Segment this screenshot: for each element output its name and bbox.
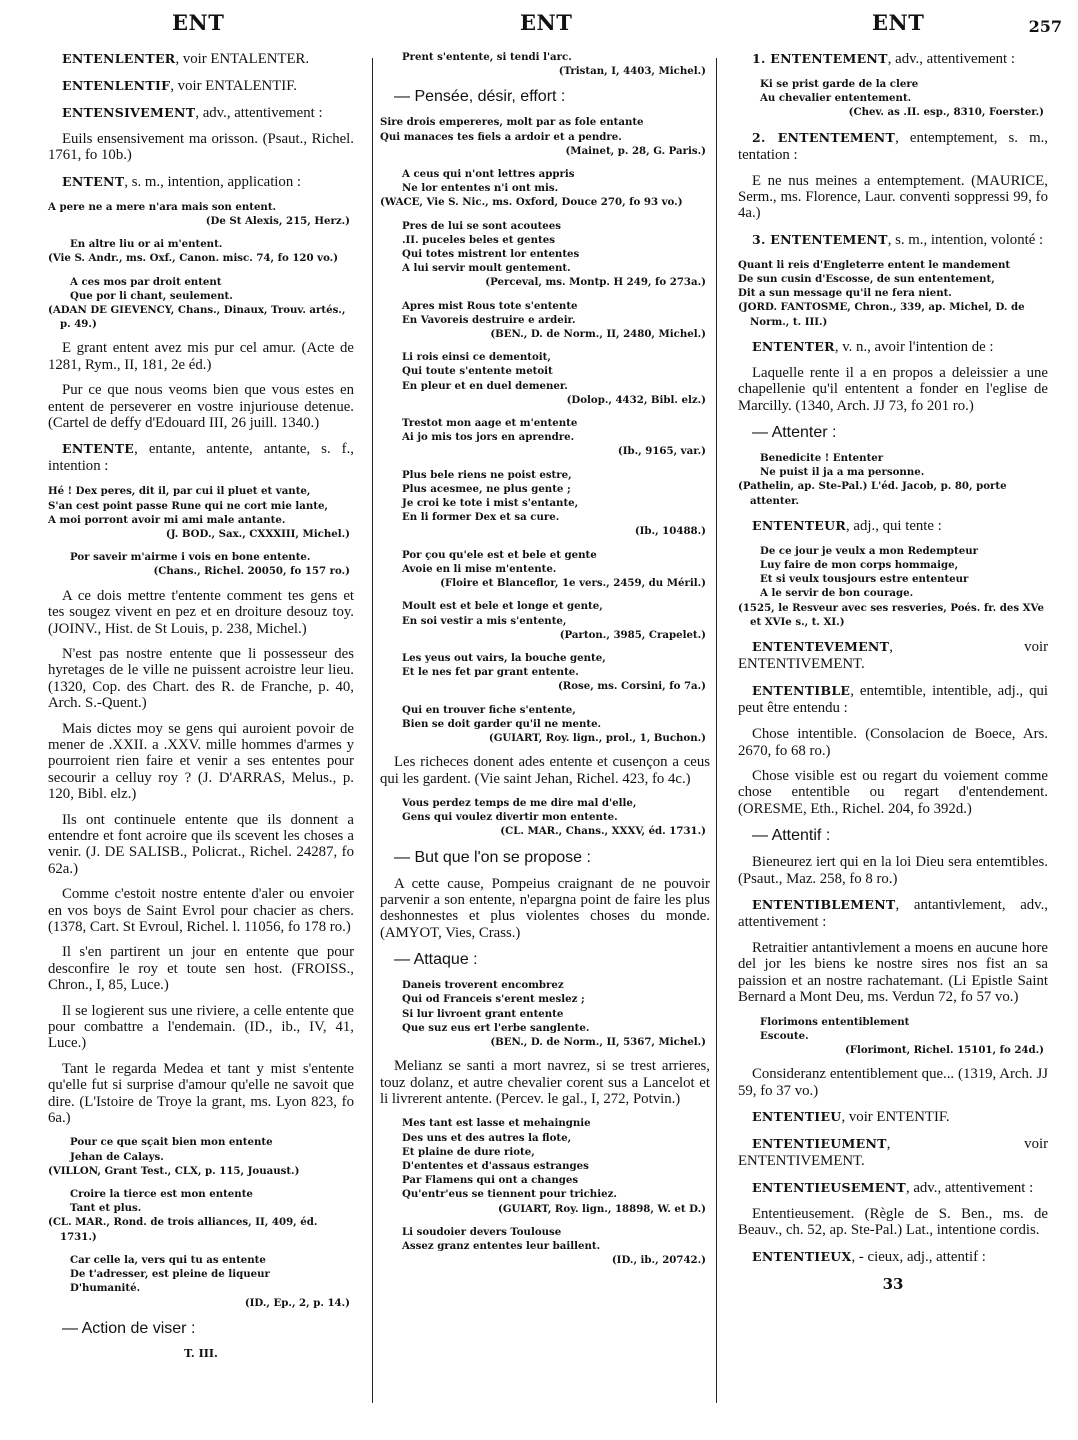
verse-line: Car celle la, vers qui tu as entente xyxy=(70,1253,354,1267)
entry-headword: ENTENTER, v. n., avoir l'intention de : xyxy=(738,338,1048,356)
prose-citation: Consideranz ententiblement que... (1319,… xyxy=(738,1066,1048,1099)
headword: ENTENLENTIF xyxy=(62,78,170,93)
source-reference: (Mainet, p. 28, G. Paris.) xyxy=(380,144,710,158)
source-reference: (ADAN DE GIEVENCY, Chans., Dinaux, Trouv… xyxy=(48,303,354,331)
source-reference: (Dolop., 4432, Bibl. elz.) xyxy=(380,393,710,407)
prose-citation: Chose intentible. (Consolacion de Boece,… xyxy=(738,726,1048,759)
verse-line: Trestot mon aage et m'entente xyxy=(402,416,710,430)
verse-line: De sun cusin d'Escosse, de sun ententeme… xyxy=(738,272,1048,286)
headword: 2. ENTENTEMENT xyxy=(752,130,895,145)
running-head-center: ENT xyxy=(520,10,572,35)
verse-line: Escoute. xyxy=(760,1029,1048,1043)
verse-line: A moi porront avoir mi ami male antante. xyxy=(48,513,354,527)
headword: ENTENTE xyxy=(62,441,134,456)
verse-line: Que por li chant, seulement. xyxy=(70,289,354,303)
verse-line: Moult est et bele et longe et gente, xyxy=(402,599,710,613)
verse-quotation: Apres mist Rous tote s'ententeEn Vavorei… xyxy=(380,299,710,327)
verse-quotation: Les yeus out vairs, la bouche gente,Et l… xyxy=(380,651,710,679)
source-reference: (CL. MAR., Chans., XXXV, éd. 1731.) xyxy=(380,824,710,838)
verse-line: Qui totes mistrent lor ententes xyxy=(402,247,710,261)
verse-line: Daneis troverent encombrez xyxy=(402,978,710,992)
prose-citation: Ils ont continuele entente que ils donne… xyxy=(48,812,354,878)
verse-line: Et le nes fet par grant entente. xyxy=(402,665,710,679)
entry-headword: ENTENLENTER, voir ENTALENTER. xyxy=(48,50,354,68)
headword: ENTENTIEUMENT xyxy=(752,1136,887,1151)
source-reference: (Ib., 9165, var.) xyxy=(380,444,710,458)
verse-quotation: Li soudoier devers ToulouseAssez granz e… xyxy=(380,1225,710,1253)
verse-line: Plus acesmee, ne plus gente ; xyxy=(402,482,710,496)
verse-line: Qui en trouver fiche s'entente, xyxy=(402,703,710,717)
verse-line: S'an cest point passe Rune qui ne cort m… xyxy=(48,499,354,513)
verse-quotation: Pour ce que sçait bien mon ententeJehan … xyxy=(48,1135,354,1163)
verse-line: Li rois einsi ce dementoit, xyxy=(402,350,710,364)
verse-quotation: En altre liu or ai m'entent. xyxy=(48,237,354,251)
verse-quotation: Croire la tierce est mon ententeTant et … xyxy=(48,1187,354,1215)
verse-line: Que suz eus ert l'erbe sanglente. xyxy=(402,1021,710,1035)
headword: ENTENTIEUX xyxy=(752,1249,851,1264)
verse-quotation: Por saveir m'airme i vois en bone entent… xyxy=(48,550,354,564)
verse-line: Assez granz ententes leur baillent. xyxy=(402,1239,710,1253)
verse-line: Jehan de Calays. xyxy=(70,1150,354,1164)
verse-line: Quant li reis d'Engleterre entent le man… xyxy=(738,258,1048,272)
verse-line: .II. puceles beles et gentes xyxy=(402,233,710,247)
verse-quotation: Moult est et bele et longe et gente,En s… xyxy=(380,599,710,627)
entry-headword: 3. ENTENTEMENT, s. m., intention, volont… xyxy=(738,231,1048,249)
prose-citation: Retraitier antantivlement a moens en auc… xyxy=(738,940,1048,1006)
verse-line: Plus bele riens ne poist estre, xyxy=(402,468,710,482)
verse-line: En Vavoreis destruire e ardeir. xyxy=(402,313,710,327)
verse-line: Florimons ententiblement xyxy=(760,1015,1048,1029)
source-reference: (VILLON, Grant Test., CLX, p. 115, Jouau… xyxy=(48,1164,354,1178)
entry-headword: ENTENTEVEMENT, voir ENTENTIVEMENT. xyxy=(738,638,1048,673)
prose-citation: Les richeces donent ades entente et cuse… xyxy=(380,754,710,787)
sense-subheading: — But que l'on se propose : xyxy=(380,848,710,867)
entry-headword: ENTENTIBLEMENT, antantivlement, adv., at… xyxy=(738,896,1048,931)
source-reference: (1525, le Resveur avec ses resveries, Po… xyxy=(738,601,1048,629)
verse-line: A ces mos par droit entent xyxy=(70,275,354,289)
prose-citation: Bieneurez iert qui en la loi Dieu sera e… xyxy=(738,854,1048,887)
prose-citation: Euils ensensivement ma orisson. (Psaut.,… xyxy=(48,131,354,164)
column-divider xyxy=(372,58,373,1403)
page-number: 257 xyxy=(1029,17,1062,36)
sense-subheading: — Pensée, désir, effort : xyxy=(380,87,710,106)
source-reference: (Perceval, ms. Montp. H 249, fo 273a.) xyxy=(380,275,710,289)
prose-citation: Il s'en partirent un jour en entente que… xyxy=(48,944,354,993)
prose-citation: Tant le regarda Medea et tant y mist s'e… xyxy=(48,1061,354,1127)
verse-line: Au chevalier ententement. xyxy=(760,91,1048,105)
verse-quotation: Vous perdez temps de me dire mal d'elle,… xyxy=(380,796,710,824)
verse-line: Pour ce que sçait bien mon entente xyxy=(70,1135,354,1149)
verse-line: Qui od Franceis s'erent meslez ; xyxy=(402,992,710,1006)
verse-line: Pres de lui se sont acoutees xyxy=(402,219,710,233)
verse-line: En pleur et en duel demener. xyxy=(402,379,710,393)
sense-subheading: — Attaque : xyxy=(380,950,710,969)
source-reference: (WACE, Vie S. Nic., ms. Oxford, Douce 27… xyxy=(380,195,710,209)
source-reference: (BEN., D. de Norm., II, 2480, Michel.) xyxy=(380,327,710,341)
verse-line: Tant et plus. xyxy=(70,1201,354,1215)
entry-headword: ENTENTE, entante, antente, antante, s. f… xyxy=(48,440,354,475)
verse-quotation: Car celle la, vers qui tu as ententeDe t… xyxy=(48,1253,354,1296)
headword: 3. ENTENTEMENT xyxy=(752,232,888,247)
entry-headword: ENTENTIBLE, entemtible, intentible, adj.… xyxy=(738,682,1048,717)
prose-citation: Ententieusement. (Règle de S. Ben., ms. … xyxy=(738,1206,1048,1239)
headword: ENTENTIBLE xyxy=(752,683,850,698)
sense-subheading: — Action de viser : xyxy=(48,1319,354,1338)
source-reference: (Vie S. Andr., ms. Oxf., Canon. misc. 74… xyxy=(48,251,354,265)
verse-quotation: Por çou qu'ele est et bele et genteAvoie… xyxy=(380,548,710,576)
verse-line: Qu'entr'eus se tiennent pour trichiez. xyxy=(402,1187,710,1201)
source-reference: (Pathelin, ap. Ste-Pal.) L'éd. Jacob, p.… xyxy=(738,479,1048,507)
prose-citation: Il se logierent sus une riviere, a celle… xyxy=(48,1003,354,1052)
sense-subheading: — Attentif : xyxy=(738,826,1048,845)
entry-headword: ENTENLENTIF, voir ENTALENTIF. xyxy=(48,77,354,95)
entry-headword: ENTENTIEU, voir ENTENTIF. xyxy=(738,1108,1048,1126)
verse-line: Ai jo mis tos jors en aprendre. xyxy=(402,430,710,444)
verse-line: A le servir de bon courage. xyxy=(760,586,1048,600)
verse-line: Por çou qu'ele est et bele et gente xyxy=(402,548,710,562)
column-2: Prent s'entente, si tendi l'arc.(Tristan… xyxy=(380,50,710,1276)
prose-citation: Pur ce que nous veoms bien que vous este… xyxy=(48,382,354,431)
headword: ENTENTIEUSEMENT xyxy=(752,1180,906,1195)
source-reference: (Rose, ms. Corsini, fo 7a.) xyxy=(380,679,710,693)
verse-line: Hé ! Dex peres, dit il, par cui il pluet… xyxy=(48,484,354,498)
verse-line: En li former Dex et sa cure. xyxy=(402,510,710,524)
prose-citation: Mais dictes moy se gens qui auroient pov… xyxy=(48,721,354,803)
verse-quotation: Daneis troverent encombrezQui od Francei… xyxy=(380,978,710,1035)
entry-headword: ENTENTIEUSEMENT, adv., attentivement : xyxy=(738,1179,1048,1197)
source-reference: (BEN., D. de Norm., II, 5367, Michel.) xyxy=(380,1035,710,1049)
verse-line: Ki se prist garde de la clere xyxy=(760,77,1048,91)
verse-quotation: A ceus qui n'ont lettres apprisNe lor en… xyxy=(380,167,710,195)
source-reference: (ID., Ep., 2, p. 14.) xyxy=(48,1296,354,1310)
verse-quotation: A ces mos par droit ententQue por li cha… xyxy=(48,275,354,303)
verse-quotation: Ki se prist garde de la clereAu chevalie… xyxy=(738,77,1048,105)
source-reference: (GUIART, Roy. lign., prol., 1, Buchon.) xyxy=(380,731,710,745)
prose-citation: E ne nus meines a entemptement. (MAURICE… xyxy=(738,173,1048,222)
verse-line: Bien se doit garder qu'il ne mente. xyxy=(402,717,710,731)
verse-quotation: Sire drois empereres, molt par as fole e… xyxy=(380,115,710,143)
verse-quotation: Mes tant est lasse et mehaingnieDes uns … xyxy=(380,1116,710,1201)
headword: ENTENSIVEMENT xyxy=(62,105,195,120)
verse-quotation: Trestot mon aage et m'ententeAi jo mis t… xyxy=(380,416,710,444)
verse-line: Vous perdez temps de me dire mal d'elle, xyxy=(402,796,710,810)
verse-line: D'ententes et d'assaus estranges xyxy=(402,1159,710,1173)
source-reference: (CL. MAR., Rond. de trois alliances, II,… xyxy=(48,1215,354,1243)
column-3: 1. ENTENTEMENT, adv., attentivement :Ki … xyxy=(738,50,1048,1293)
prose-citation: A ce dois mettre t'entente comment tes g… xyxy=(48,588,354,637)
verse-quotation: Florimons ententiblementEscoute. xyxy=(738,1015,1048,1043)
prose-citation: Chose visible est ou regart du voiement … xyxy=(738,768,1048,817)
headword: ENTENTEUR xyxy=(752,518,846,533)
verse-line: Et si veulx tousjours estre ententeur xyxy=(760,572,1048,586)
source-reference: (Parton., 3985, Crapelet.) xyxy=(380,628,710,642)
verse-line: Qui toute s'entente metoit xyxy=(402,364,710,378)
verse-line: D'humanité. xyxy=(70,1281,354,1295)
verse-line: Et plaine de dure riote, xyxy=(402,1145,710,1159)
source-reference: (ID., ib., 20742.) xyxy=(380,1253,710,1267)
verse-line: Si lur livroent grant entente xyxy=(402,1007,710,1021)
verse-line: A ceus qui n'ont lettres appris xyxy=(402,167,710,181)
verse-line: Li soudoier devers Toulouse xyxy=(402,1225,710,1239)
source-reference: (Tristan, I, 4403, Michel.) xyxy=(380,64,710,78)
verse-line: En altre liu or ai m'entent. xyxy=(70,237,354,251)
verse-line: Benedicite ! Ententer xyxy=(760,451,1048,465)
verse-quotation: Qui en trouver fiche s'entente,Bien se d… xyxy=(380,703,710,731)
verse-line: Des uns et des autres la flote, xyxy=(402,1131,710,1145)
verse-line: En soi vestir a mis s'entente, xyxy=(402,614,710,628)
verse-line: Prent s'entente, si tendi l'arc. xyxy=(402,50,710,64)
source-reference: (JORD. FANTOSME, Chron., 339, ap. Michel… xyxy=(738,300,1048,328)
source-reference: (GUIART, Roy. lign., 18898, W. et D.) xyxy=(380,1202,710,1216)
source-reference: (J. BOD., Sax., CXXXIII, Michel.) xyxy=(48,527,354,541)
source-reference: (Florimont, Richel. 15101, fo 24d.) xyxy=(738,1043,1048,1057)
verse-line: Luy faire de mon corps hommaige, xyxy=(760,558,1048,572)
verse-line: Qui manaces tes fiels a ardoir et a pend… xyxy=(380,130,710,144)
volume-marker: T. III. xyxy=(48,1347,354,1360)
prose-citation: Comme c'estoit nostre entente d'aler ou … xyxy=(48,886,354,935)
running-head-right: ENT xyxy=(872,10,924,35)
verse-line: Ne puist il ja a ma personne. xyxy=(760,465,1048,479)
sense-subheading: — Attenter : xyxy=(738,423,1048,442)
verse-line: Sire drois empereres, molt par as fole e… xyxy=(380,115,710,129)
entry-headword: ENTENTEUR, adj., qui tente : xyxy=(738,517,1048,535)
verse-line: Por saveir m'airme i vois en bone entent… xyxy=(70,550,354,564)
column-divider xyxy=(716,58,717,1403)
headword: ENTENTER xyxy=(752,339,835,354)
verse-quotation: Benedicite ! EntenterNe puist il ja a ma… xyxy=(738,451,1048,479)
prose-citation: Melianz se santi a mort navrez, si se tr… xyxy=(380,1058,710,1107)
verse-line: Avoie en li mise m'entente. xyxy=(402,562,710,576)
verse-line: Mes tant est lasse et mehaingnie xyxy=(402,1116,710,1130)
source-reference: (De St Alexis, 215, Herz.) xyxy=(48,214,354,228)
signature-number: 33 xyxy=(738,1275,1048,1293)
entry-headword: ENTENTIEUMENT, voir ENTENTIVEMENT. xyxy=(738,1135,1048,1170)
verse-quotation: Quant li reis d'Engleterre entent le man… xyxy=(738,258,1048,301)
headword: ENTENTIEU xyxy=(752,1109,842,1124)
verse-quotation: Hé ! Dex peres, dit il, par cui il pluet… xyxy=(48,484,354,527)
verse-line: A pere ne a mere n'ara mais son entent. xyxy=(48,200,354,214)
entry-headword: ENTENTIEUX, - cieux, adj., attentif : xyxy=(738,1248,1048,1266)
entry-headword: 1. ENTENTEMENT, adv., attentivement : xyxy=(738,50,1048,68)
verse-quotation: De ce jour je veulx a mon RedempteurLuy … xyxy=(738,544,1048,601)
verse-line: A lui servir moult gentement. xyxy=(402,261,710,275)
column-1: ENTENLENTER, voir ENTALENTER.ENTENLENTIF… xyxy=(48,50,354,1360)
verse-line: Apres mist Rous tote s'entente xyxy=(402,299,710,313)
verse-quotation: Li rois einsi ce dementoit,Qui toute s'e… xyxy=(380,350,710,393)
verse-line: De t'adresser, est pleine de liqueur xyxy=(70,1267,354,1281)
source-reference: (Chans., Richel. 20050, fo 157 ro.) xyxy=(48,564,354,578)
verse-line: Croire la tierce est mon entente xyxy=(70,1187,354,1201)
verse-line: Gens qui voulez divertir mon entente. xyxy=(402,810,710,824)
running-head-left: ENT xyxy=(172,10,224,35)
entry-headword: 2. ENTENTEMENT, entemptement, s. m., ten… xyxy=(738,129,1048,164)
verse-line: Par Flamens qui ont a changes xyxy=(402,1173,710,1187)
source-reference: (Floire et Blanceflor, 1e vers., 2459, d… xyxy=(380,576,710,590)
headword: ENTENTIBLEMENT xyxy=(752,897,896,912)
verse-quotation: Plus bele riens ne poist estre,Plus aces… xyxy=(380,468,710,525)
prose-citation: Laquelle rente il a en propos a deleissi… xyxy=(738,365,1048,414)
verse-quotation: Pres de lui se sont acoutees.II. puceles… xyxy=(380,219,710,276)
source-reference: (Chev. as .II. esp., 8310, Foerster.) xyxy=(738,105,1048,119)
verse-line: Dit a sun message qu'il ne fera nient. xyxy=(738,286,1048,300)
verse-line: De ce jour je veulx a mon Redempteur xyxy=(760,544,1048,558)
source-reference: (Ib., 10488.) xyxy=(380,524,710,538)
verse-quotation: Prent s'entente, si tendi l'arc. xyxy=(380,50,710,64)
verse-line: Les yeus out vairs, la bouche gente, xyxy=(402,651,710,665)
entry-headword: ENTENSIVEMENT, adv., attentivement : xyxy=(48,104,354,122)
headword: ENTENT xyxy=(62,174,124,189)
prose-citation: E grant entent avez mis pur cel amur. (A… xyxy=(48,340,354,373)
entry-headword: ENTENT, s. m., intention, application : xyxy=(48,173,354,191)
verse-line: Ne lor ententes n'i ont mis. xyxy=(402,181,710,195)
headword: ENTENTEVEMENT xyxy=(752,639,889,654)
prose-citation: A cette cause, Pompeius craignant de ne … xyxy=(380,876,710,942)
headword: 1. ENTENTEMENT xyxy=(752,51,888,66)
verse-line: Je croi ke tote i mist s'entante, xyxy=(402,496,710,510)
verse-quotation: A pere ne a mere n'ara mais son entent. xyxy=(48,200,354,214)
headword: ENTENLENTER xyxy=(62,51,175,66)
prose-citation: N'est pas nostre entente que li possesse… xyxy=(48,646,354,712)
